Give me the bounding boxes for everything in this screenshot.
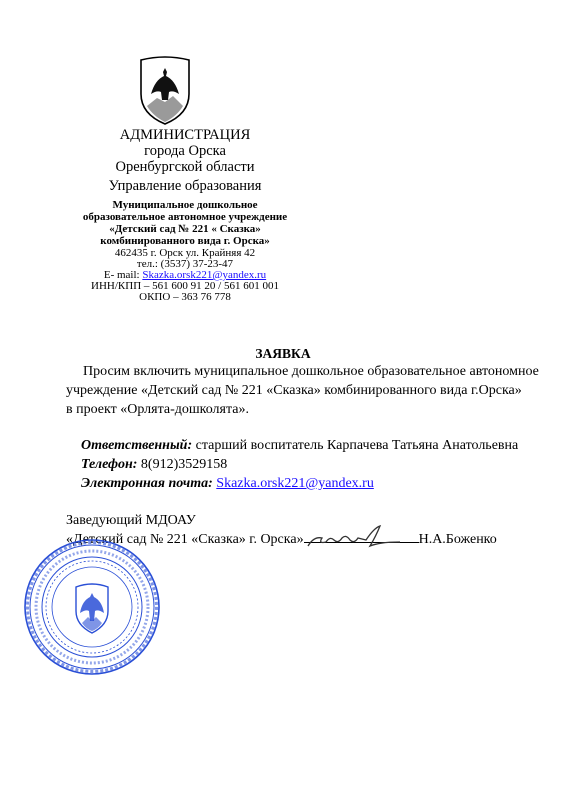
responsible-line: Ответственный: старший воспитатель Карпа… bbox=[81, 436, 518, 455]
email-contact-line: Электронная почта: Skazka.orsk221@yandex… bbox=[81, 474, 374, 493]
department-line: Управление образования bbox=[60, 178, 310, 195]
paragraph-line-1: Просим включить муниципальное дошкольное… bbox=[83, 362, 539, 381]
responsible-label: Ответственный: bbox=[81, 438, 192, 453]
city-line: города Орска bbox=[60, 143, 310, 160]
signer-name: Н.А.Боженко bbox=[419, 532, 497, 547]
contact-email-link[interactable]: Skazka.orsk221@yandex.ru bbox=[216, 476, 374, 491]
region-line: Оренбургской области bbox=[60, 159, 310, 176]
phone-value: 8(912)3529158 bbox=[137, 457, 227, 472]
city-emblem-icon bbox=[137, 54, 193, 126]
email-contact-label: Электронная почта: bbox=[81, 476, 213, 491]
paragraph-line-2: учреждение «Детский сад № 221 «Сказка» к… bbox=[66, 381, 522, 400]
position-line-1: Заведующий МДОАУ bbox=[66, 511, 196, 530]
responsible-value: старший воспитатель Карпачева Татьяна Ан… bbox=[192, 438, 518, 453]
okpo-line: ОКПО – 363 76 778 bbox=[60, 291, 310, 304]
paragraph-line-3: в проект «Орлята-дошколята». bbox=[66, 400, 249, 419]
phone-contact-line: Телефон: 8(912)3529158 bbox=[81, 455, 227, 474]
round-official-seal-icon bbox=[22, 537, 162, 677]
phone-label: Телефон: bbox=[81, 457, 137, 472]
org-line-4: комбинированного вида г. Орска» bbox=[60, 235, 310, 248]
administration-heading: АДМИНИСТРАЦИЯ bbox=[60, 127, 310, 144]
document-title: ЗАЯВКА bbox=[0, 346, 566, 362]
handwritten-signature-icon bbox=[300, 522, 410, 552]
org-line-2: образовательное автономное учреждение bbox=[60, 211, 310, 224]
org-line-1: Муниципальное дошкольное bbox=[60, 199, 310, 212]
org-line-3: «Детский сад № 221 « Сказка» bbox=[60, 223, 310, 236]
